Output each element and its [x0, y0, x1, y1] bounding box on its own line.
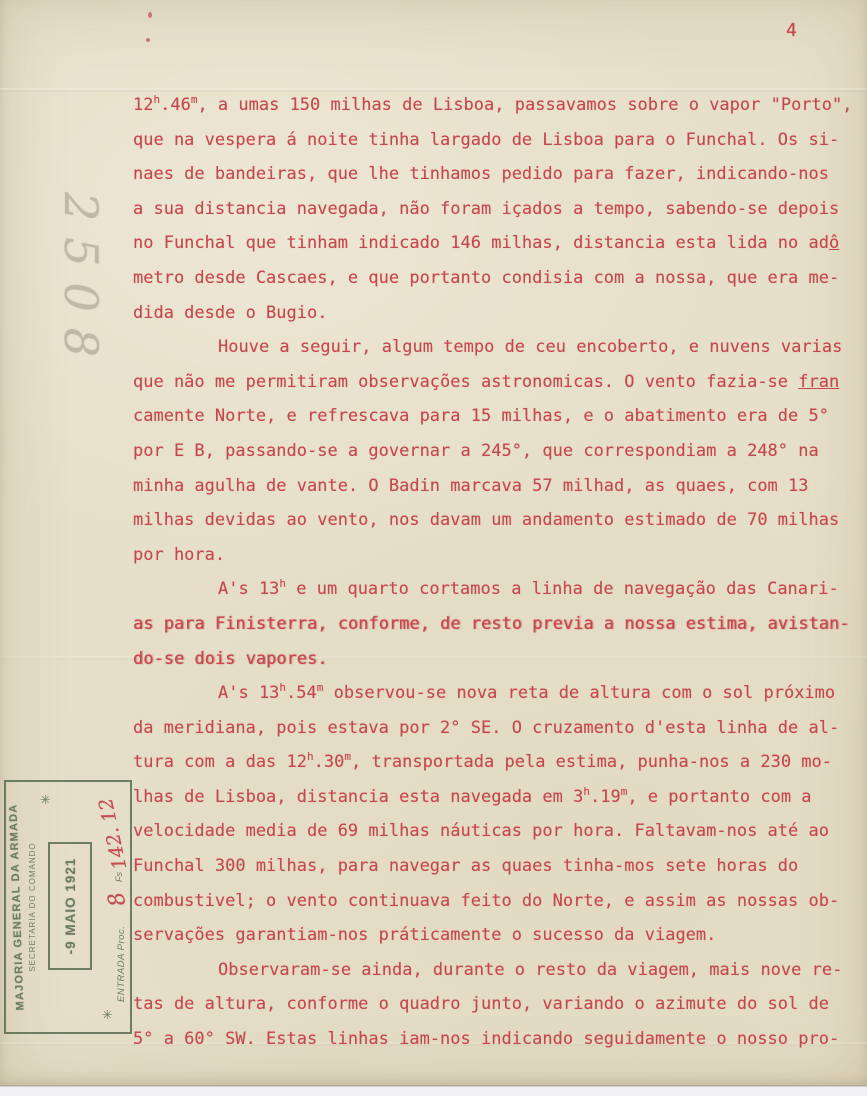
typed-line: dida desde o Bugio. [133, 296, 849, 331]
handwritten-folio-number: 142. 12 [95, 796, 132, 872]
typed-line: lhas de Lisboa, distancia esta navegada … [133, 780, 849, 815]
star-icon: ✳ [38, 794, 54, 805]
typed-line: A's 13h.54m observou-se nova reta de alt… [133, 676, 849, 711]
typed-line: do-se dois vapores. [133, 642, 849, 677]
typed-line: Observaram-se ainda, durante o resto da … [133, 953, 849, 988]
entry-stamp: MAJORIA GENERAL DA ARMADA SECRETARIA DO … [4, 780, 132, 1034]
typed-text-block: 12h.46m, a umas 150 milhas de Lisboa, pa… [133, 88, 849, 1057]
typed-line: tas de altura, conforme o quadro junto, … [133, 987, 849, 1022]
pencil-folio-number: 2508 [42, 192, 108, 424]
typed-line: que não me permitiram observações astron… [133, 365, 849, 400]
typed-line: da meridiana, pois estava por 2° SE. O c… [133, 711, 849, 746]
typed-line: as para Finisterra, conforme, de resto p… [133, 607, 849, 642]
typed-line: por E B, passando-se a governar a 245°, … [133, 434, 849, 469]
handwritten-process-number: 8 [104, 889, 132, 909]
star-icon: ✳ [100, 1009, 116, 1020]
typed-line: que na vespera á noite tinha largado de … [133, 123, 849, 158]
stamp-department: SECRETARIA DO COMANDO [28, 782, 37, 1032]
typed-line: camente Norte, e refrescava para 15 milh… [133, 399, 849, 434]
typed-line: tura com a das 12h.30m, transportada pel… [133, 745, 849, 780]
ink-speck [148, 12, 152, 18]
stamp-folio-label: Fs [114, 872, 124, 882]
typed-line: velocidade media de 69 milhas náuticas p… [133, 814, 849, 849]
typed-line: servações garantiam-nos práticamente o s… [133, 918, 849, 953]
typed-line: minha agulha de vante. O Badin marcava 5… [133, 469, 849, 504]
scan-background-edge [0, 1086, 867, 1096]
typed-line: Funchal 300 milhas, para navegar as quae… [133, 849, 849, 884]
ink-speck [146, 38, 150, 42]
typed-line: naes de bandeiras, que lhe tinhamos pedi… [133, 157, 849, 192]
typed-line: 12h.46m, a umas 150 milhas de Lisboa, pa… [133, 88, 849, 123]
stamp-entry-label: ENTRADA Proc. [116, 926, 127, 1002]
typed-line: combustivel; o vento continuava feito do… [133, 884, 849, 919]
typed-line: Houve a seguir, algum tempo de ceu encob… [133, 330, 849, 365]
page-number: 4 [786, 20, 797, 41]
stamp-date-box: -9 MAIO 1921 [48, 842, 92, 970]
stamp-date: -9 MAIO 1921 [63, 858, 78, 955]
typed-line: 5° a 60° SW. Estas linhas iam-nos indica… [133, 1022, 849, 1057]
typed-line: A's 13h e um quarto cortamos a linha de … [133, 572, 849, 607]
document-page: 4 12h.46m, a umas 150 milhas de Lisboa, … [0, 0, 867, 1086]
pencil-folio-text: 2508 [42, 192, 108, 424]
typed-line: no Funchal que tinham indicado 146 milha… [133, 226, 849, 261]
typed-line: por hora. [133, 538, 849, 573]
typed-line: a sua distancia navegada, não foram içad… [133, 192, 849, 227]
typed-line: metro desde Cascaes, e que portanto cond… [133, 261, 849, 296]
stamp-organization: MAJORIA GENERAL DA ARMADA [7, 782, 28, 1032]
typed-line: milhas devidas ao vento, nos davam um an… [133, 503, 849, 538]
entry-stamp-face: MAJORIA GENERAL DA ARMADA SECRETARIA DO … [4, 780, 132, 1034]
